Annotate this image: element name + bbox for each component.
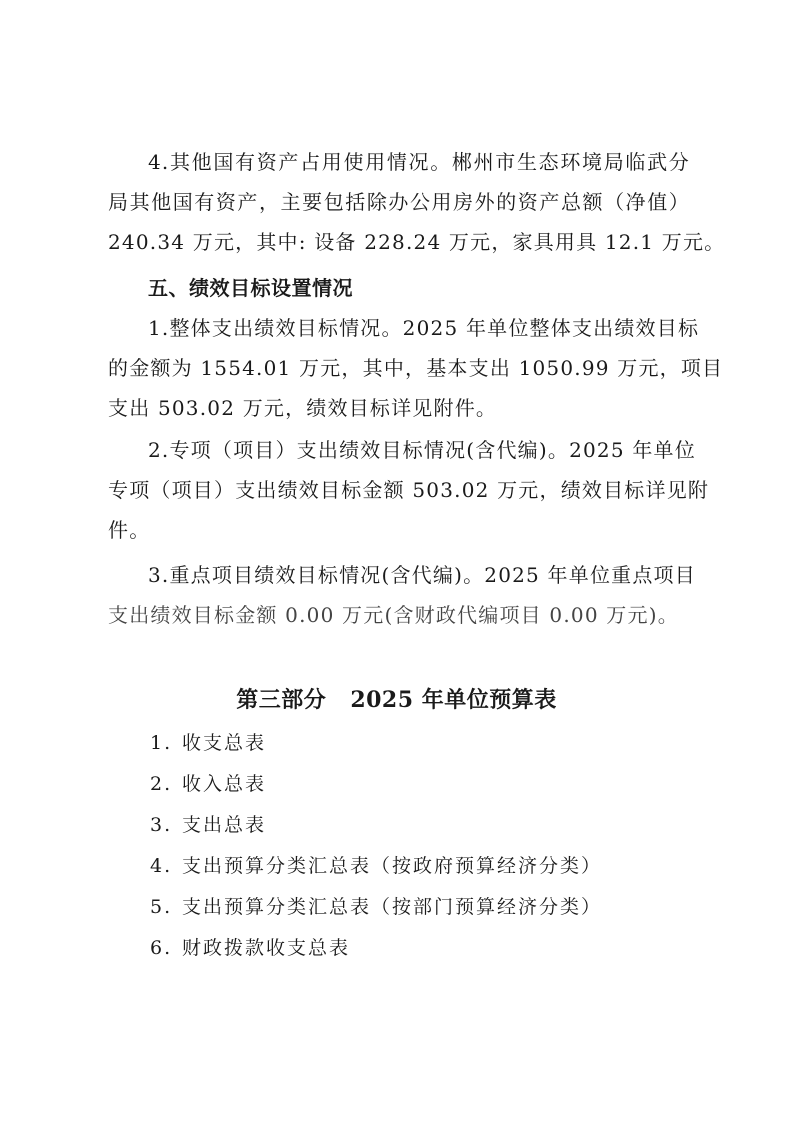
- paragraph-key-project-goal-line-2: 支出绩效目标金额 0.00 万元(含财政代编项目 0.00 万元)。: [108, 603, 690, 627]
- table-list-label: 支出总表: [182, 814, 266, 836]
- part-title: 第三部分2025 年单位预算表: [0, 686, 793, 714]
- paragraph-special-goal-line-1: 2.专项（项目）支出绩效目标情况(含代编)。2025 年单位: [148, 438, 690, 462]
- paragraph-special-goal-line-3: 件。: [108, 518, 690, 542]
- paragraph-overall-goal-line-1: 1.整体支出绩效目标情况。2025 年单位整体支出绩效目标: [148, 316, 690, 340]
- table-list-number: 3.: [150, 813, 182, 837]
- table-list-number: 1.: [150, 731, 182, 755]
- table-list-item: 1.收支总表: [150, 731, 266, 755]
- table-list-number: 2.: [150, 772, 182, 796]
- document-page: 4.其他国有资产占用使用情况。郴州市生态环境局临武分 局其他国有资产，主要包括除…: [0, 0, 793, 1122]
- table-list-number: 6.: [150, 936, 182, 960]
- paragraph-overall-goal-line-3: 支出 503.02 万元，绩效目标详见附件。: [108, 396, 690, 420]
- table-list-number: 5.: [150, 895, 182, 919]
- table-list-label: 收入总表: [182, 773, 266, 795]
- section-heading-performance-goals: 五、绩效目标设置情况: [148, 276, 353, 300]
- table-list-item: 4.支出预算分类汇总表（按政府预算经济分类）: [150, 854, 602, 878]
- table-list-item: 5.支出预算分类汇总表（按部门预算经济分类）: [150, 895, 602, 919]
- table-list-item: 6.财政拨款收支总表: [150, 936, 350, 960]
- paragraph-key-project-goal-line-1: 3.重点项目绩效目标情况(含代编)。2025 年单位重点项目: [148, 563, 690, 587]
- part-title-name: 2025 年单位预算表: [350, 687, 556, 713]
- paragraph-assets-line-2: 局其他国有资产，主要包括除办公用房外的资产总额（净值）: [108, 190, 690, 214]
- part-title-label: 第三部分: [236, 687, 326, 713]
- paragraph-overall-goal-line-2: 的金额为 1554.01 万元，其中，基本支出 1050.99 万元，项目: [108, 356, 690, 380]
- table-list-label: 支出预算分类汇总表（按部门预算经济分类）: [182, 896, 602, 918]
- table-list-number: 4.: [150, 854, 182, 878]
- table-list-label: 收支总表: [182, 732, 266, 754]
- paragraph-special-goal-line-2: 专项（项目）支出绩效目标金额 503.02 万元，绩效目标详见附: [108, 478, 690, 502]
- paragraph-assets-line-3: 240.34 万元，其中: 设备 228.24 万元，家具用具 12.1 万元。: [108, 230, 690, 254]
- table-list-label: 支出预算分类汇总表（按政府预算经济分类）: [182, 855, 602, 877]
- paragraph-assets-line-1: 4.其他国有资产占用使用情况。郴州市生态环境局临武分: [148, 150, 690, 174]
- table-list-item: 2.收入总表: [150, 772, 266, 796]
- table-list-item: 3.支出总表: [150, 813, 266, 837]
- table-list-label: 财政拨款收支总表: [182, 937, 350, 959]
